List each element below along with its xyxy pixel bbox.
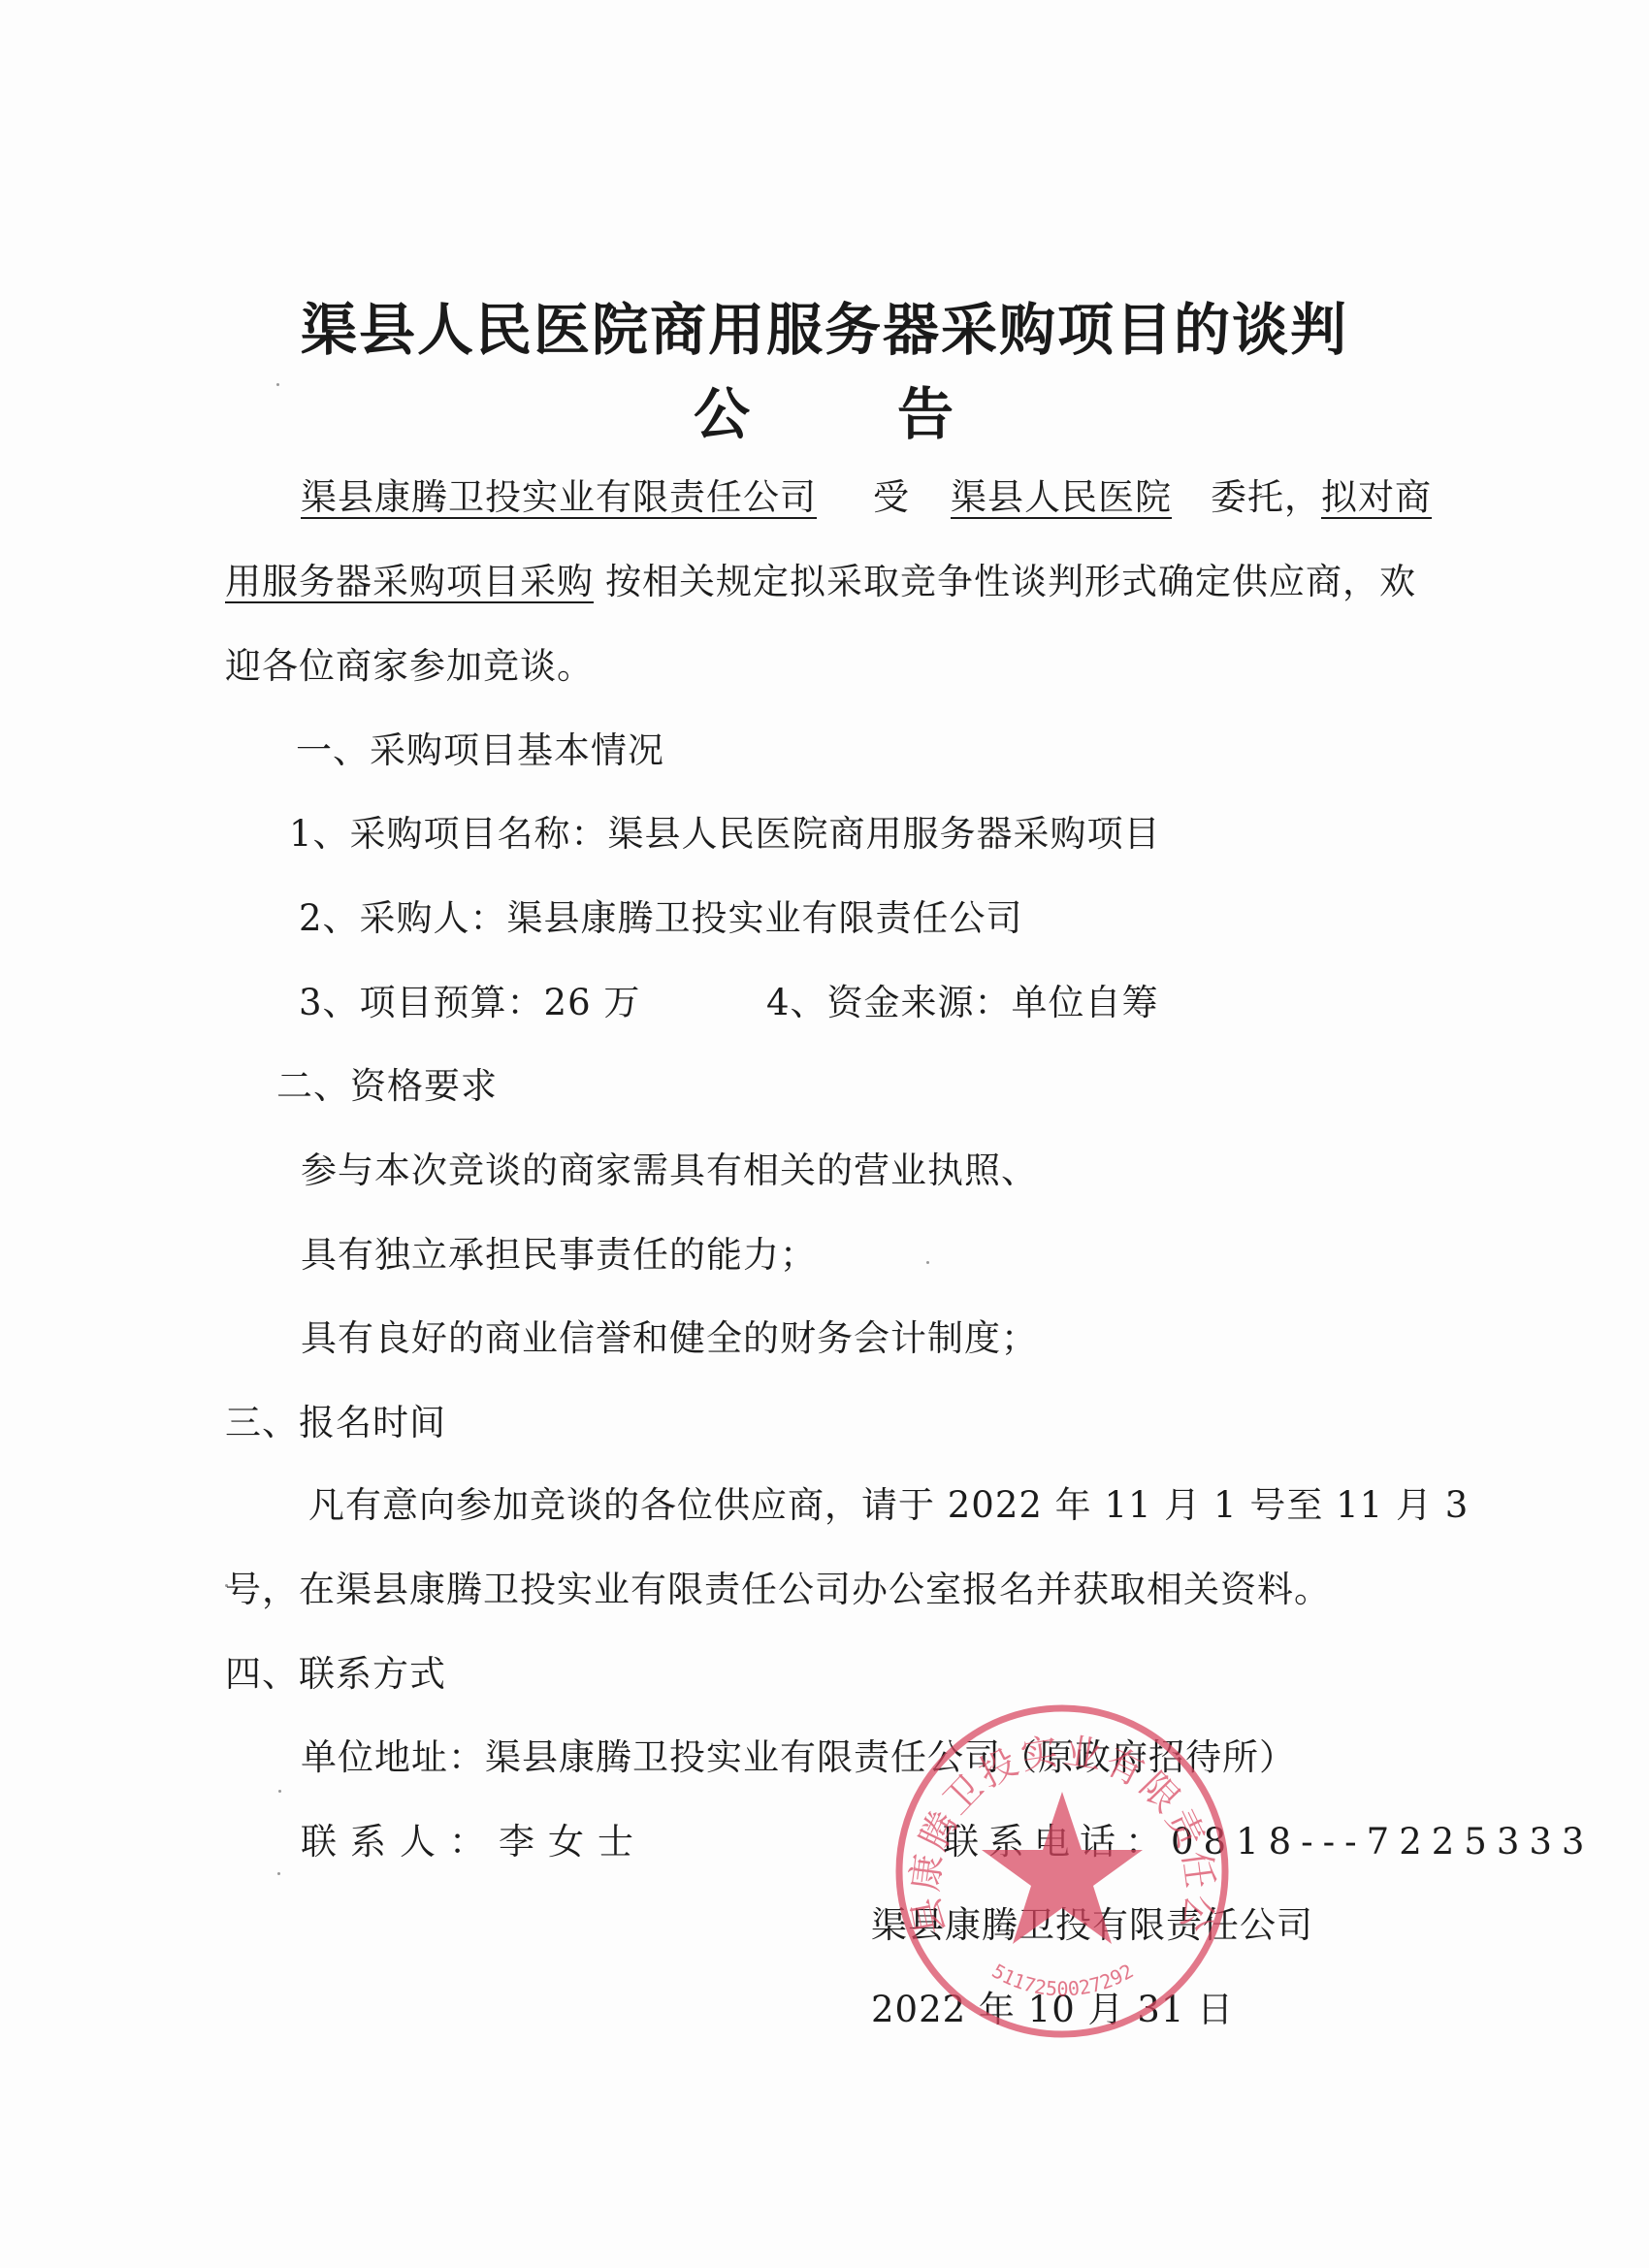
intro-line-3: 迎各位商家参加竞谈。 — [225, 642, 594, 691]
contact-phone: 联系电话：0818---7225333 — [943, 1818, 1594, 1866]
subtitle-char-1: 公 — [694, 381, 752, 447]
contact-person: 联系人：李女士 — [301, 1818, 647, 1866]
section-1-heading: 一、采购项目基本情况 — [296, 727, 664, 775]
subtitle-char-2: 告 — [897, 381, 955, 447]
document-subtitle: 公告 — [0, 380, 1649, 448]
requirement-3: 具有良好的商业信誉和健全的财务会计制度； — [301, 1314, 1038, 1363]
section-1-item-4: 4、资金来源：单位自筹 — [766, 979, 1159, 1027]
section-1-item-2: 2、采购人：渠县康腾卫投实业有限责任公司 — [299, 894, 1023, 943]
section-3-heading: 三、报名时间 — [225, 1399, 446, 1447]
section-4-heading: 四、联系方式 — [225, 1650, 446, 1699]
intro-line-1: 渠县康腾卫投实业有限责任公司受渠县人民医院委托，拟对商 — [301, 473, 1432, 522]
intro-rest: 按相关规定拟采取竞争性谈判形式确定供应商，欢 — [605, 561, 1416, 602]
intro-weituo: 委托， — [1211, 476, 1321, 518]
document-page: 渠县人民医院商用服务器采购项目的谈判 公告 渠县康腾卫投实业有限责任公司受渠县人… — [0, 0, 1649, 2268]
intro-line-2: 用服务器采购项目采购按相关规定拟采取竞争性谈判形式确定供应商，欢 — [225, 558, 1416, 606]
client-name: 渠县人民医院 — [951, 476, 1172, 518]
section-2-heading: 二、资格要求 — [276, 1062, 498, 1111]
contact-address: 单位地址：渠县康腾卫投实业有限责任公司（原政府招待所） — [301, 1733, 1296, 1782]
scan-speck — [277, 1872, 280, 1875]
registration-line-2: 号，在渠县康腾卫投实业有限责任公司办公室报名并获取相关资料。 — [225, 1566, 1331, 1614]
signature-date: 2022 年 10 月 31 日 — [871, 1986, 1234, 2034]
scan-speck — [278, 1790, 281, 1793]
section-1-item-3: 3、项目预算：26 万 — [299, 979, 640, 1027]
intro-shou: 受 — [873, 476, 910, 518]
project-name-part1: 拟对商 — [1321, 476, 1432, 518]
signature-company: 渠县康腾卫投有限责任公司 — [871, 1901, 1313, 1950]
project-name-part2: 用服务器采购项目采购 — [225, 561, 594, 602]
registration-line-1: 凡有意向参加竞谈的各位供应商，请于 2022 年 11 月 1 号至 11 月 … — [308, 1481, 1469, 1530]
agent-name: 渠县康腾卫投实业有限责任公司 — [301, 476, 817, 518]
scan-speck — [926, 1261, 929, 1264]
section-1-item-1: 1、采购项目名称：渠县人民医院商用服务器采购项目 — [289, 810, 1161, 859]
requirement-1: 参与本次竞谈的商家需具有相关的营业执照、 — [301, 1147, 1038, 1195]
document-title: 渠县人民医院商用服务器采购项目的谈判 — [0, 296, 1649, 364]
requirement-2: 具有独立承担民事责任的能力； — [301, 1231, 817, 1280]
